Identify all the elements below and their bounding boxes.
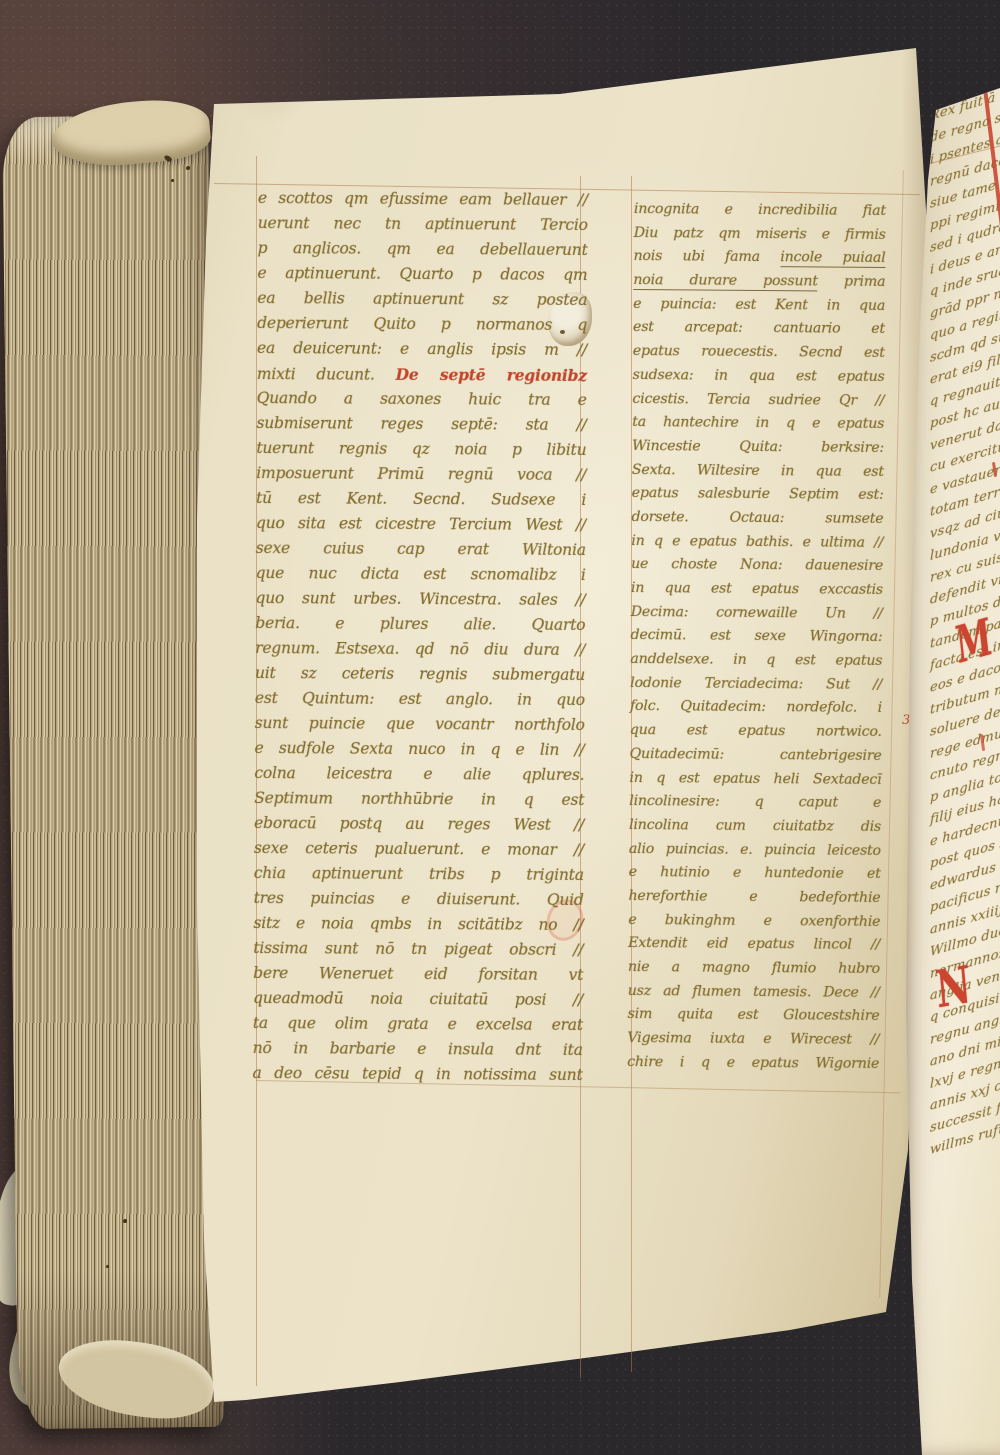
text-line: ea deuicerunt: e anglis ipsis m // — [257, 336, 587, 363]
text-run: e sudfole Sexta nuco in q e lin // — [255, 739, 585, 759]
text-line: Quitadecimū: cantebrigesire — [630, 743, 882, 769]
text-run: Decima: cornewaille Un // — [631, 604, 883, 622]
text-line: sexe cuius cap erat Wiltonia — [256, 536, 586, 563]
ink-speck — [171, 179, 174, 182]
text-run: e bukinghm e oxenforthie — [628, 912, 880, 930]
text-line: tū est Kent. Secnd. Sudsexe i — [256, 486, 586, 513]
text-run: nie a magno flumio hubro — [628, 959, 880, 977]
text-line: uit sz ceteris regnis submergatu — [255, 661, 585, 688]
text-line: submiserunt reges septē: sta // — [256, 411, 586, 438]
text-run: submiserunt reges septē: sta // — [256, 414, 586, 434]
text-run: Quitadecimū: cantebrigesire — [630, 746, 882, 764]
text-line: e puincia: est Kent in qua — [633, 293, 885, 319]
text-line: in qua est epatus exccastis — [631, 577, 883, 603]
text-line: chia aptinuerunt tribs p triginta — [254, 861, 584, 888]
text-run: ta hantechire in q e epatus — [632, 414, 884, 432]
text-run: Wincestie Quita: berksire: — [632, 438, 884, 456]
text-line: sunt puincie que vocantr northfolo — [255, 711, 585, 738]
text-line: epatus rouecestis. Secnd est — [633, 340, 885, 366]
text-column-left: e scottos qm efussime eam bellauer //uer… — [253, 186, 588, 1088]
text-line: incognita e incredibilia fiat — [634, 198, 886, 224]
text-line: Extendit eid epatus lincol // — [628, 932, 880, 958]
text-line: uerunt nec tn aptinuerunt Tercio — [258, 211, 588, 238]
text-line: e aptinuerunt. Quarto p dacos qm — [257, 261, 587, 288]
text-run: mixti ducunt. — [257, 365, 396, 384]
text-run: nō in barbarie e insula dnt ita — [253, 1039, 583, 1059]
text-run: sitz e noia qmbs in scitātibz no // — [253, 914, 583, 934]
text-run: Septimum northhūbrie in q est — [254, 789, 584, 809]
text-run: folc. Quitadecim: nordefolc. i — [630, 698, 882, 716]
text-line: quo sunt urbes. Wincestra. sales // — [255, 586, 585, 613]
text-line: decimū. est sexe Wingorna: — [630, 624, 882, 650]
text-line: deperierunt Quito p normanos q — [257, 311, 587, 338]
text-run: p anglicos. qm ea debellauerunt — [258, 239, 588, 259]
text-run: colna leicestra e alie qplures. — [254, 764, 584, 784]
text-line: Diu patz qm miseris e firmis — [634, 222, 886, 248]
text-line: e sudfole Sexta nuco in q e lin // — [254, 736, 584, 763]
text-run: e scottos qm efussime eam bellauer // — [258, 189, 588, 209]
text-run: ea deuicerunt: e anglis ipsis m // — [257, 339, 587, 359]
text-run: deperierunt Quito p normanos q — [257, 314, 587, 334]
manuscript-photo: 3 e scottos qm efussime eam bellauer //u… — [0, 0, 1000, 1455]
text-run: chire i q e epatus Wigornie — [627, 1054, 879, 1072]
text-run: e hutinio e huntedonie et — [629, 864, 881, 882]
text-run: Extendit eid epatus lincol // — [628, 935, 880, 953]
text-run: hereforthie e bedeforthie — [628, 888, 880, 906]
text-line: est Quintum: est anglo. in quo — [255, 686, 585, 713]
text-run: sunt puincie que vocantr northfolo — [255, 714, 585, 734]
text-run: regnum. Estsexa. qd nō diu dura // — [255, 639, 585, 659]
text-run: prima — [818, 274, 886, 291]
text-run: epatus rouecestis. Secnd est — [633, 343, 885, 361]
text-line: sexe ceteris pualuerunt. e monar // — [254, 836, 584, 863]
text-run: tissima sunt nō tn pigeat obscri // — [253, 939, 583, 959]
margin-correction-mark: 3 — [902, 714, 910, 727]
text-line: sitz e noia qmbs in scitātibz no // — [253, 911, 583, 938]
text-line: usz ad flumen tamesis. Dece // — [628, 980, 880, 1006]
text-line: cicestis. Tercia sudriee Qr // — [632, 387, 884, 413]
text-line: tres puincias e diuiserunt. Quid — [254, 886, 584, 913]
text-line: lodonie Terciadecima: Sut // — [630, 672, 882, 698]
text-line: lincolina cum ciuitatbz dis — [629, 814, 881, 840]
text-line: Wincestie Quita: berksire: — [632, 435, 884, 461]
text-run: tuerunt regnis qz noia p libitu — [256, 439, 586, 459]
text-run: alio puincias. e. puincia leicesto — [629, 841, 881, 859]
text-run: chia aptinuerunt tribs p triginta — [254, 864, 584, 884]
text-run: ue choste Nona: dauenesire — [631, 556, 883, 574]
ink-speck — [123, 1219, 127, 1223]
text-run: quo sunt urbes. Wincestra. sales // — [255, 589, 585, 609]
text-run: est arcepat: cantuario et — [633, 319, 885, 337]
text-line: ta que olim grata e excelsa erat — [253, 1011, 583, 1038]
text-line: ue choste Nona: dauenesire — [631, 553, 883, 579]
ink-speck — [106, 1265, 109, 1268]
text-run: sexe ceteris pualuerunt. e monar // — [254, 839, 584, 859]
text-run: incole puiaal — [780, 250, 885, 269]
text-run: sim quita est Gloucestshire — [628, 1006, 880, 1024]
text-line: beria. e plures alie. Quarto — [255, 611, 585, 638]
text-run: uerunt nec tn aptinuerunt Tercio — [258, 214, 588, 234]
text-run: anddelsexe. in q est epatus — [630, 651, 882, 669]
text-line: qua est epatus nortwico. — [630, 719, 882, 745]
text-run: Sexta. Wiltesire in qua est — [632, 462, 884, 480]
text-line: sim quita est Gloucestshire — [627, 1003, 879, 1029]
text-run: beria. e plures alie. Quarto — [255, 614, 585, 634]
text-run: quo sita est cicestre Tercium West // — [256, 514, 586, 534]
text-line: bere Weneruet eid forsitan vt — [253, 961, 583, 988]
text-line: epatus salesburie Septim est: — [632, 482, 884, 508]
text-run: imposuerunt Primū regnū voca // — [256, 464, 586, 484]
text-run: usz ad flumen tamesis. Dece // — [628, 983, 880, 1001]
text-run: queadmodū noia ciuitatū posi // — [253, 989, 583, 1009]
text-run: sexe cuius cap erat Wiltonia — [256, 539, 586, 559]
text-line: ta hantechire in q e epatus — [632, 411, 884, 437]
text-line: ea bellis aptinuerunt sz postea — [257, 286, 587, 313]
text-line: lincolinesire: q caput e — [629, 790, 881, 816]
text-line: folc. Quitadecim: nordefolc. i — [630, 695, 882, 721]
text-line: regnum. Estsexa. qd nō diu dura // — [255, 636, 585, 663]
text-line: p anglicos. qm ea debellauerunt — [258, 236, 588, 263]
text-line: hereforthie e bedeforthie — [628, 885, 880, 911]
text-run: decimū. est sexe Wingorna: — [631, 627, 883, 645]
text-run: epatus salesburie Septim est: — [632, 485, 884, 503]
text-line: noia durare possunt prima — [633, 269, 885, 295]
book-fore-edge — [2, 115, 224, 1429]
text-line: eboracū postq au reges West // — [254, 811, 584, 838]
text-run: in qua est epatus exccastis — [631, 580, 883, 598]
text-run: est Quintum: est anglo. in quo — [255, 689, 585, 709]
text-run: que nuc dicta est scnomalibz i — [256, 564, 586, 584]
text-line: nie a magno flumio hubro — [628, 956, 880, 982]
text-run: lincolinesire: q caput e — [629, 793, 881, 811]
text-line: colna leicestra e alie qplures. — [254, 761, 584, 788]
text-run: e puincia: est Kent in qua — [633, 296, 885, 314]
text-run: ea bellis aptinuerunt sz postea — [257, 289, 587, 309]
text-line: Septimum northhūbrie in q est — [254, 786, 584, 813]
text-line: e scottos qm efussime eam bellauer // — [258, 186, 588, 213]
text-line: imposuerunt Primū regnū voca // — [256, 461, 586, 488]
illuminated-initial: N — [933, 953, 973, 1019]
text-run: in q est epatus heli Sextadecī — [629, 769, 881, 787]
text-line: est arcepat: cantuario et — [633, 316, 885, 342]
text-line: in q e epatus bathis. e ultima // — [631, 530, 883, 556]
text-run: Diu patz qm miseris e firmis — [634, 225, 886, 243]
text-column-right: incognita e incredibilia fiatDiu patz qm… — [627, 198, 886, 1076]
text-run: uit sz ceteris regnis submergatu — [255, 664, 585, 684]
illuminated-initial: M — [953, 606, 994, 676]
text-line: Sexta. Wiltesire in qua est — [632, 459, 884, 485]
text-line: tuerunt regnis qz noia p libitu — [256, 436, 586, 463]
text-run: Quando a saxones huic tra e — [257, 389, 587, 409]
text-run: lodonie Terciadecima: Sut // — [630, 675, 882, 693]
text-run: eboracū postq au reges West // — [254, 814, 584, 834]
text-line: queadmodū noia ciuitatū posi // — [253, 986, 583, 1013]
text-line: mixti ducunt. De septē regionibz — [257, 361, 587, 388]
text-run: incognita e incredibilia fiat — [634, 201, 886, 219]
text-line: anddelsexe. in q est epatus — [630, 648, 882, 674]
text-run: tū est Kent. Secnd. Sudsexe i — [256, 489, 586, 509]
text-line: e bukinghm e oxenforthie — [628, 909, 880, 935]
text-run: qua est epatus nortwico. — [630, 722, 882, 740]
text-line: tissima sunt nō tn pigeat obscri // — [253, 936, 583, 963]
text-line: que nuc dicta est scnomalibz i — [256, 561, 586, 588]
text-run: noia durare possunt — [633, 272, 818, 291]
text-run: dorsete. Octaua: sumsete — [631, 509, 883, 527]
text-run: Vigesima iuxta e Wirecest // — [627, 1030, 879, 1048]
text-line: Quando a saxones huic tra e — [257, 386, 587, 413]
text-line: Vigesima iuxta e Wirecest // — [627, 1027, 879, 1053]
text-run: tres puincias e diuiserunt. Quid — [254, 889, 584, 909]
chapter-rubric: De septē regionibz — [396, 365, 587, 385]
text-line: quo sita est cicestre Tercium West // — [256, 511, 586, 538]
text-run: ta que olim grata e excelsa erat — [253, 1014, 583, 1034]
text-line: dorsete. Octaua: sumsete — [631, 506, 883, 532]
text-line: sudsexa: in qua est epatus — [633, 364, 885, 390]
text-line: alio puincias. e. puincia leicesto — [629, 838, 881, 864]
text-line: a deo cēsu tepid q in notissima sunt — [253, 1061, 583, 1088]
text-line: qz ā fuit t — [930, 36, 1000, 84]
text-run: sudsexa: in qua est epatus — [633, 367, 885, 385]
text-run: bere Weneruet eid forsitan vt — [253, 964, 583, 984]
text-run: cicestis. Tercia sudriee Qr // — [632, 390, 884, 408]
text-run: a deo cēsu tepid q in notissima sunt — [253, 1064, 583, 1084]
text-run: nois ubi fama — [633, 248, 780, 265]
text-line: in q est epatus heli Sextadecī — [629, 766, 881, 792]
text-line: nō in barbarie e insula dnt ita — [253, 1036, 583, 1063]
text-run: lincolina cum ciuitatbz dis — [629, 817, 881, 835]
text-line: Decima: cornewaille Un // — [631, 601, 883, 627]
text-run: e aptinuerunt. Quarto p dacos qm — [257, 264, 587, 284]
text-run: in q e epatus bathis. e ultima // — [631, 533, 883, 551]
text-line: nois ubi fama incole puiaal — [633, 245, 885, 271]
ink-speck — [186, 166, 190, 170]
text-line: e hutinio e huntedonie et — [629, 861, 881, 887]
text-line: chire i q e epatus Wigornie — [627, 1051, 879, 1077]
